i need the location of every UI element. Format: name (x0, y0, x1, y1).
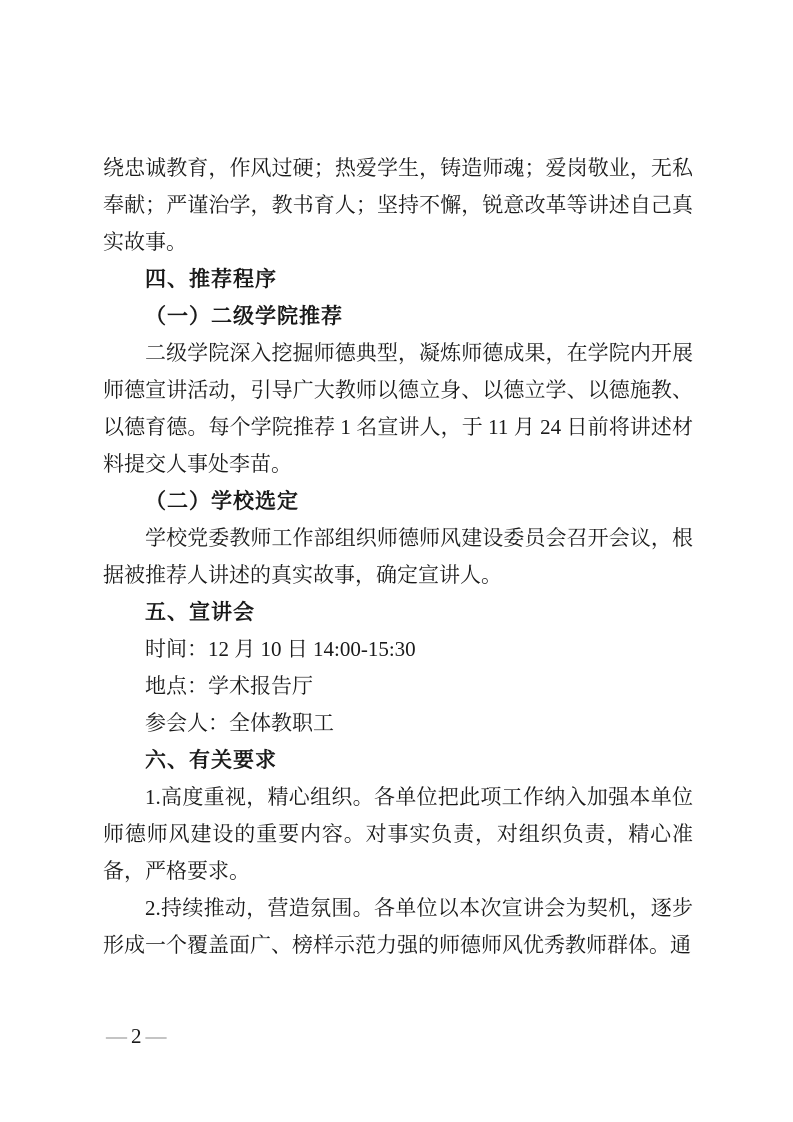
subsection-heading: （一）二级学院推荐 (103, 298, 693, 335)
page-number-right-dash: — (146, 1024, 167, 1048)
page-number-left-dash: — (106, 1024, 127, 1048)
page-number-value: 2 (127, 1024, 146, 1048)
section-heading: 六、有关要求 (103, 742, 693, 779)
paragraph: 时间：12 月 10 日 14:00-15:30 (103, 631, 693, 668)
page-number: —2— (106, 1018, 167, 1055)
section-heading: 五、宣讲会 (103, 594, 693, 631)
paragraph: 2.持续推动，营造氛围。各单位以本次宣讲会为契机，逐步形成一个覆盖面广、榜样示范… (103, 890, 693, 964)
paragraph: 学校党委教师工作部组织师德师风建设委员会召开会议，根据被推荐人讲述的真实故事，确… (103, 520, 693, 594)
paragraph: 地点：学术报告厅 (103, 668, 693, 705)
paragraph: 绕忠诚教育，作风过硬；热爱学生，铸造师魂；爱岗敬业，无私奉献；严谨治学，教书育人… (103, 150, 693, 261)
document-page: { "page": { "background": "#ffffff", "te… (0, 0, 793, 1122)
subsection-heading: （二）学校选定 (103, 483, 693, 520)
section-heading: 四、推荐程序 (103, 261, 693, 298)
paragraph: 参会人：全体教职工 (103, 705, 693, 742)
paragraph: 二级学院深入挖掘师德典型，凝炼师德成果，在学院内开展师德宣讲活动，引导广大教师以… (103, 335, 693, 483)
document-body: 绕忠诚教育，作风过硬；热爱学生，铸造师魂；爱岗敬业，无私奉献；严谨治学，教书育人… (103, 150, 693, 964)
paragraph: 1.高度重视，精心组织。各单位把此项工作纳入加强本单位师德师风建设的重要内容。对… (103, 779, 693, 890)
